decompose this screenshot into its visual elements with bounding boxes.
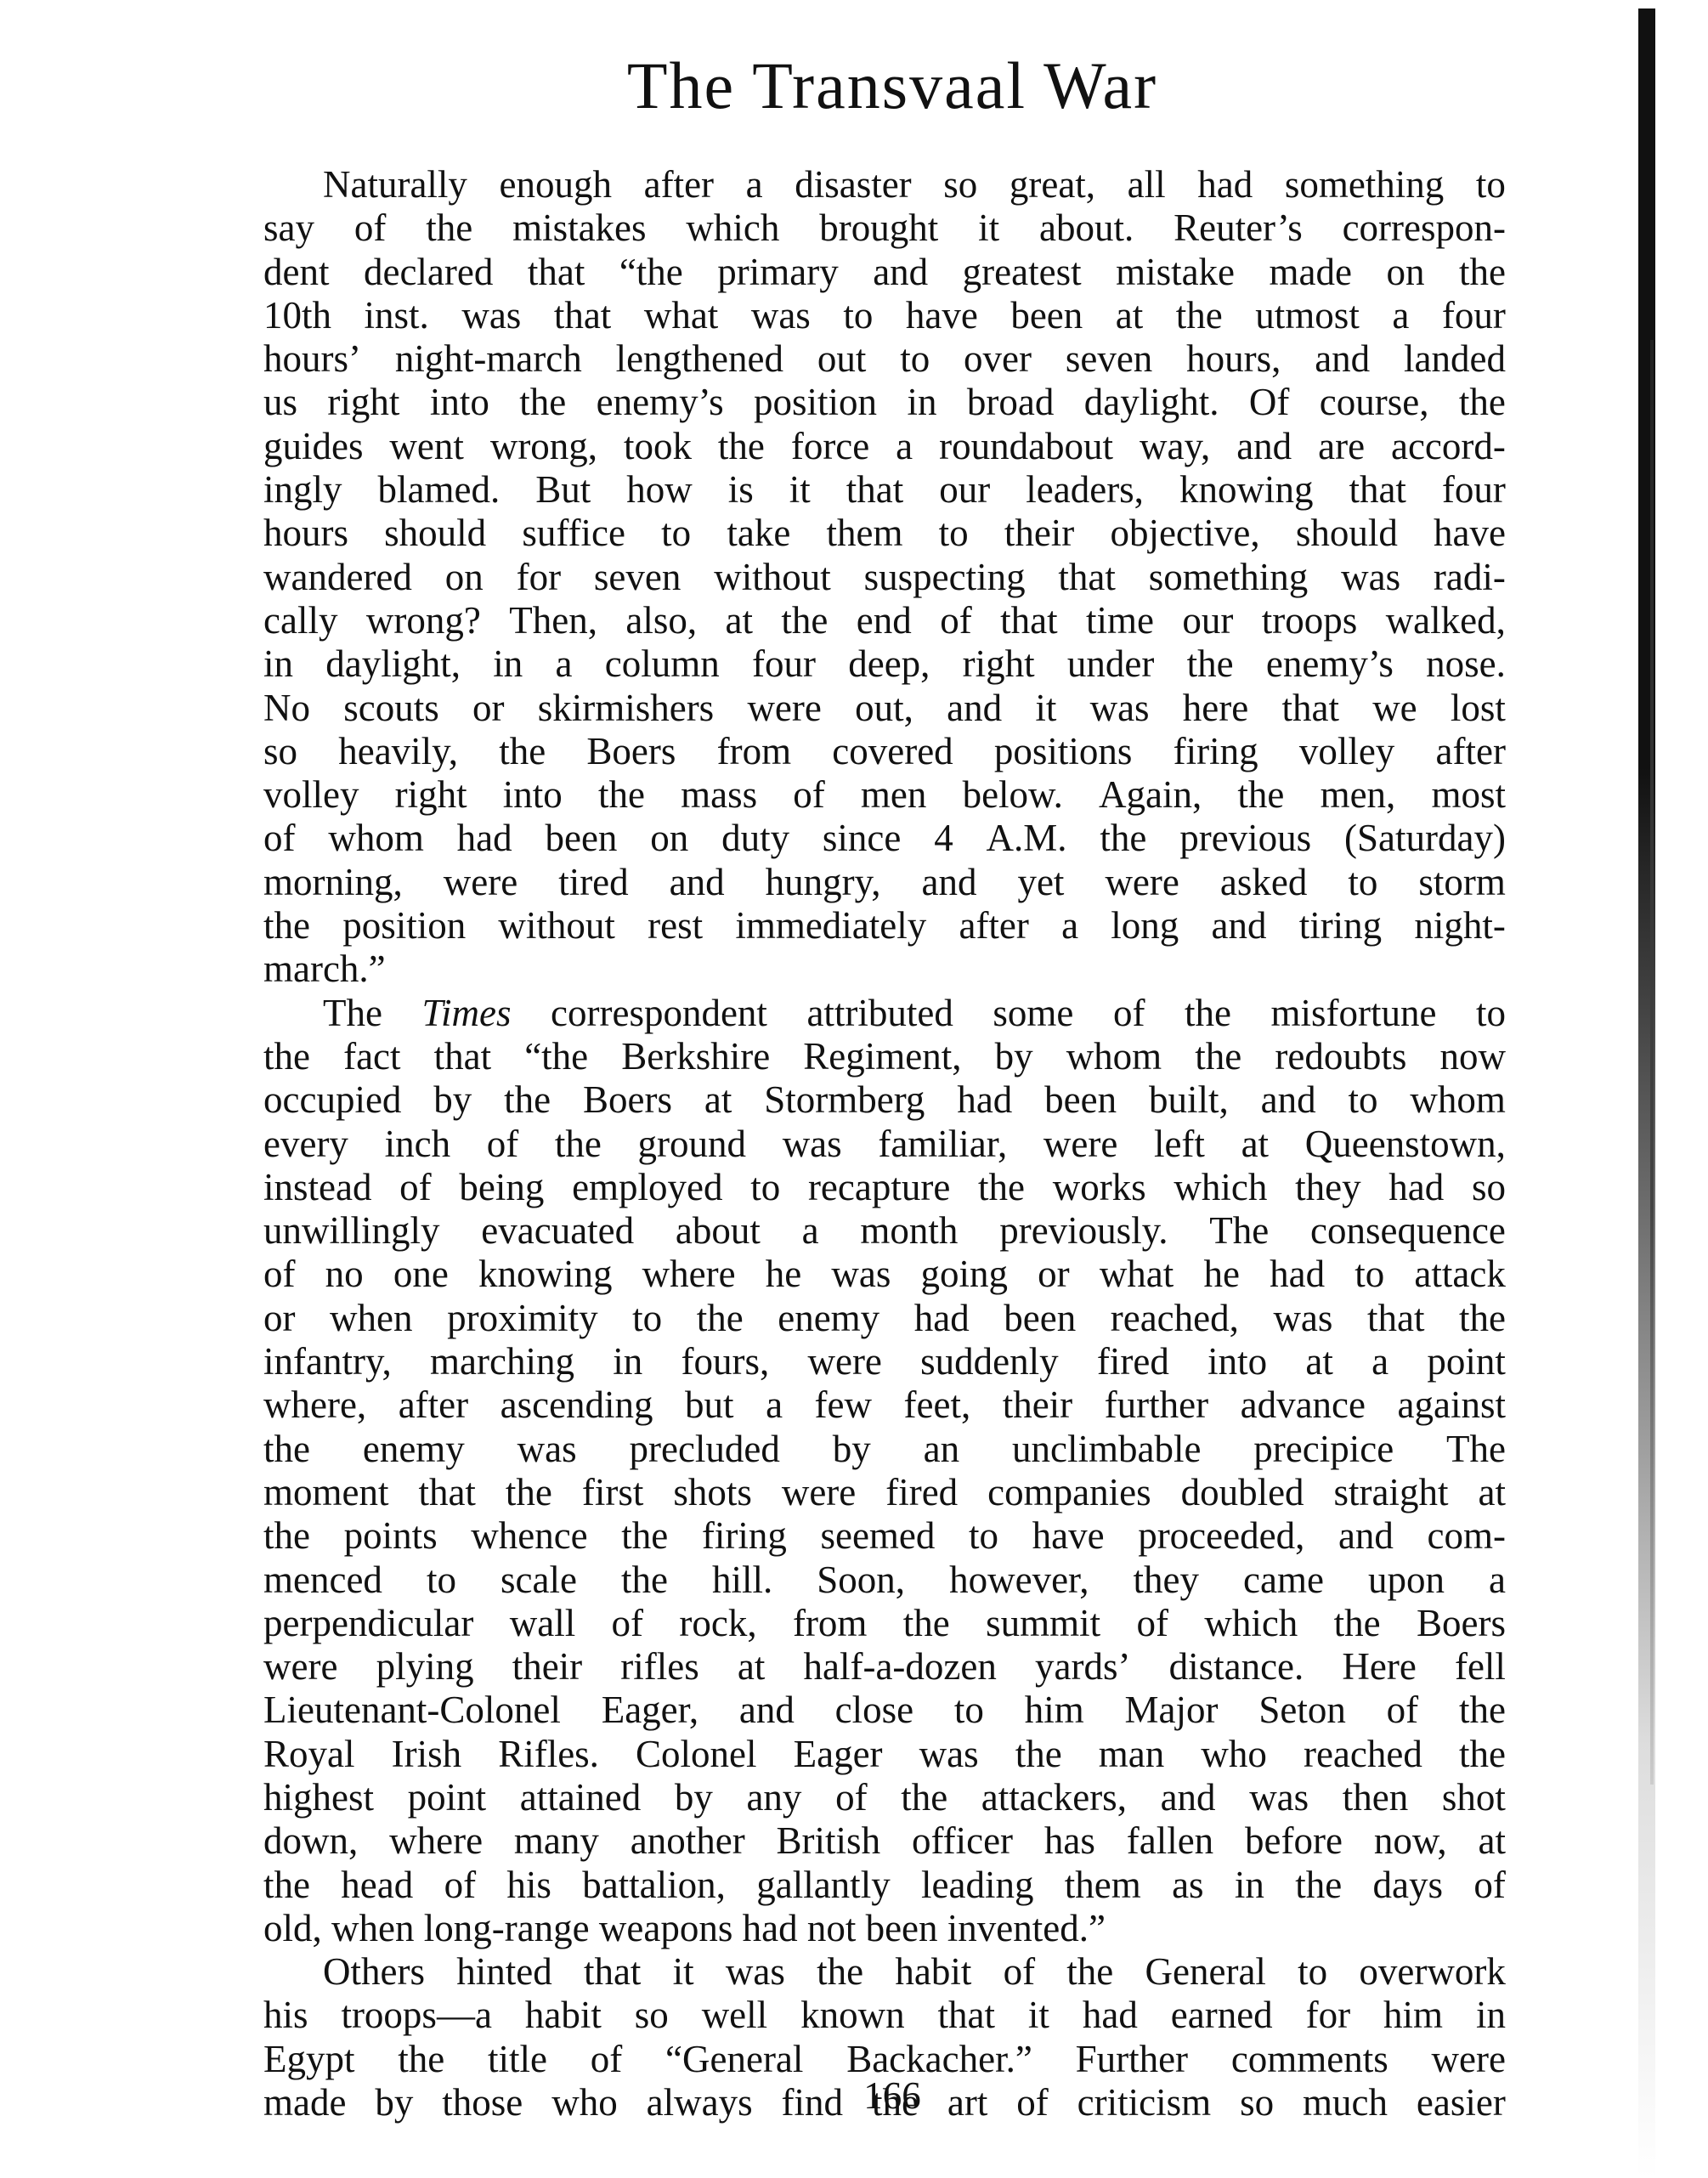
text-line: hoursshouldsufficetotakethemtotheirobjec… [263,512,1506,555]
text-line: sayofthemistakeswhichbroughtitabout.Reut… [263,206,1506,250]
text-line: histroops—ahabitsowellknownthatithadearn… [263,1994,1506,2037]
text-line: morning,weretiredandhungry,andyetwereask… [263,861,1506,904]
text-line: RoyalIrishRifles.ColonelEagerwasthemanwh… [263,1733,1506,1776]
text-line: wanderedonforsevenwithoutsuspectingthats… [263,556,1506,599]
text-line: theenemywasprecludedbyanunclimbablepreci… [263,1428,1506,1471]
text-line: ofnooneknowingwherehewasgoingorwhathehad… [263,1253,1506,1296]
text-line: Noscoutsorskirmisherswereout,anditwasher… [263,687,1506,730]
text-line: Lieutenant-ColonelEager,andclosetohimMaj… [263,1689,1506,1732]
page-title: The Transvaal War [0,53,1708,119]
text-line: everyinchofthegroundwasfamiliar,wereleft… [263,1123,1506,1166]
text-line: where,afterascendingbutafewfeet,theirfur… [263,1383,1506,1427]
text-line: thefactthat“theBerkshireRegiment,bywhomt… [263,1035,1506,1078]
text-line: orwhenproximitytotheenemyhadbeenreached,… [263,1297,1506,1340]
body-text: Naturallyenoughafteradisastersogreat,all… [263,163,1506,2124]
text-line: TheTimescorrespondentattributedsomeofthe… [263,992,1506,1035]
text-line: ofwhomhadbeenondutysince4A.M.theprevious… [263,817,1506,860]
text-line: march.” [263,948,1506,991]
text-line: unwillinglyevacuatedaboutamonthpreviousl… [263,1209,1506,1253]
text-line: down,wheremanyanotherBritishofficerhasfa… [263,1819,1506,1863]
text-line: thepointswhencethefiringseemedtohaveproc… [263,1514,1506,1558]
text-line: guideswentwrong,tooktheforcearoundaboutw… [263,425,1506,468]
text-line: mencedtoscalethehill.Soon,however,theyca… [263,1559,1506,1602]
text-line: OthershintedthatitwasthehabitoftheGenera… [263,1950,1506,1994]
text-line: occupiedbytheBoersatStormberghadbeenbuil… [263,1078,1506,1122]
text-line: insteadofbeingemployedtorecapturethework… [263,1166,1506,1209]
text-line: usrightintotheenemy’spositioninbroaddayl… [263,381,1506,424]
text-line: 10thinst.wasthatwhatwastohavebeenattheut… [263,294,1506,337]
text-line: wereplyingtheirriflesathalf-a-dozenyards… [263,1645,1506,1689]
text-line: infantry,marchinginfours,weresuddenlyfir… [263,1340,1506,1383]
text-line: Naturallyenoughafteradisastersogreat,all… [263,163,1506,206]
text-line: hours’night-marchlengthenedouttooverseve… [263,337,1506,381]
text-line: thepositionwithoutrestimmediatelyafteral… [263,904,1506,948]
page-number: 166 [0,2073,1708,2118]
text-line: volleyrightintothemassofmenbelow.Again,t… [263,773,1506,817]
text-line: theheadofhisbattalion,gallantlyleadingth… [263,1864,1506,1907]
scan-edge-line [1650,340,1654,1785]
text-line: momentthatthefirstshotswerefiredcompanie… [263,1471,1506,1514]
text-line: perpendicularwallofrock,fromthesummitofw… [263,1602,1506,1645]
text-line: highestpointattainedbyanyoftheattackers,… [263,1776,1506,1819]
text-line: soheavily,theBoersfromcoveredpositionsfi… [263,730,1506,773]
text-line: indaylight,inacolumnfourdeep,rightundert… [263,642,1506,686]
text-line: inglyblamed.Buthowisitthatourleaders,kno… [263,468,1506,512]
text-line: old, when long-range weapons had not bee… [263,1907,1506,1950]
text-line: callywrong?Then,also,attheendofthattimeo… [263,599,1506,642]
text-line: dentdeclaredthat“theprimaryandgreatestmi… [263,251,1506,294]
